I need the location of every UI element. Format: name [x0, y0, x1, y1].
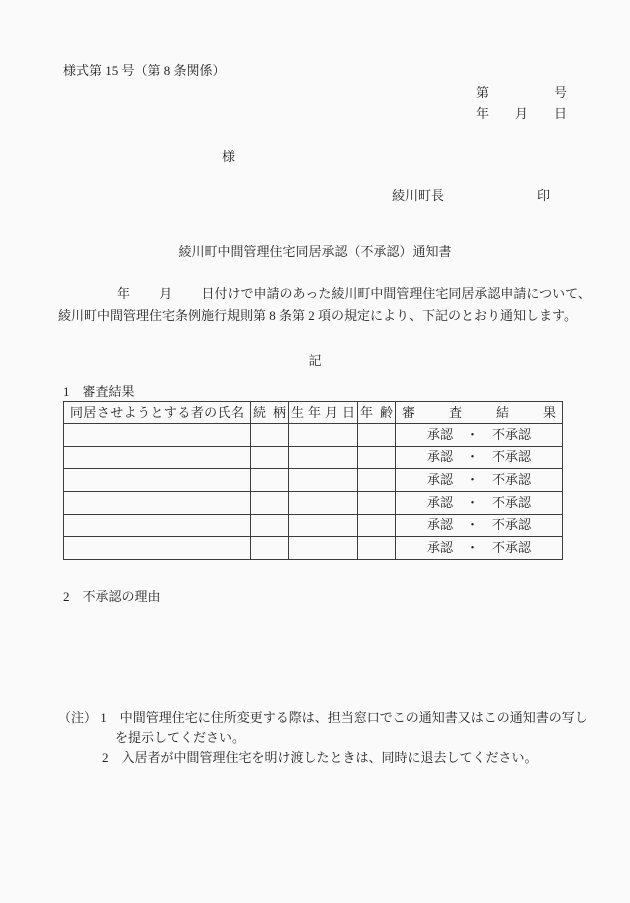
- note-line-3: 2 入居者が中間管理住宅を明け渡したときは、同時に退去してください。: [102, 751, 538, 765]
- note-line-2: を提示してください。: [115, 731, 245, 745]
- table-row: 承認 ・ 不承認: [64, 514, 563, 537]
- blank-cell: [289, 491, 358, 514]
- blank-cell: [289, 446, 358, 469]
- blank-cell: [358, 446, 396, 469]
- blank-cell: [251, 491, 289, 514]
- body-line-1: 年 月 日付けで申請のあった綾川町中間管理住宅同居承認申請について、: [117, 287, 591, 301]
- review-table-body: 承認 ・ 不承認承認 ・ 不承認承認 ・ 不承認承認 ・ 不承認承認 ・ 不承認…: [64, 424, 563, 560]
- result-cell: 承認 ・ 不承認: [396, 469, 563, 492]
- table-row: 承認 ・ 不承認: [64, 537, 563, 560]
- form-number: 様式第 15 号（第 8 条関係）: [63, 64, 226, 78]
- blank-cell: [289, 537, 358, 560]
- header-review-result: 審 査 結 果: [396, 402, 563, 424]
- table-row: 承認 ・ 不承認: [64, 446, 563, 469]
- blank-cell: [289, 469, 358, 492]
- section2-heading: 2 不承認の理由: [63, 590, 161, 604]
- document-title: 綾川町中間管理住宅同居承認（不承認）通知書: [0, 245, 630, 259]
- blank-cell: [64, 446, 251, 469]
- blank-cell: [251, 537, 289, 560]
- result-cell: 承認 ・ 不承認: [396, 537, 563, 560]
- addressee-honorific: 様: [222, 150, 235, 164]
- blank-cell: [64, 514, 251, 537]
- body-line-2: 綾川町中間管理住宅条例施行規則第 8 条第 2 項の規定により、下記のとおり通知…: [58, 309, 577, 323]
- result-cell: 承認 ・ 不承認: [396, 491, 563, 514]
- table-header-row: 同居させようとする者の氏名 続 柄 生 年 月 日 年 齢 審 査 結 果: [64, 402, 563, 424]
- blank-cell: [251, 469, 289, 492]
- note-line-1: （注） 1 中間管理住宅に住所変更する際は、担当窓口でこの通知書又はこの通知書の…: [58, 711, 588, 725]
- blank-cell: [358, 514, 396, 537]
- issue-date-line: 年 月 日: [476, 107, 567, 121]
- table-row: 承認 ・ 不承認: [64, 491, 563, 514]
- table-row: 承認 ・ 不承認: [64, 469, 563, 492]
- blank-cell: [289, 514, 358, 537]
- header-cohabitant-name: 同居させようとする者の氏名: [64, 402, 251, 424]
- seal-mark: 印: [537, 189, 550, 203]
- doc-number-line: 第 号: [476, 86, 567, 100]
- result-cell: 承認 ・ 不承認: [396, 446, 563, 469]
- table-row: 承認 ・ 不承認: [64, 424, 563, 447]
- blank-cell: [251, 446, 289, 469]
- blank-cell: [251, 514, 289, 537]
- blank-cell: [64, 491, 251, 514]
- header-age: 年 齢: [358, 402, 396, 424]
- blank-cell: [64, 424, 251, 447]
- blank-cell: [358, 469, 396, 492]
- header-relationship: 続 柄: [251, 402, 289, 424]
- blank-cell: [64, 537, 251, 560]
- document-page: 様式第 15 号（第 8 条関係） 第 号 年 月 日 様 綾川町長 印 綾川町…: [0, 0, 630, 903]
- sender-title: 綾川町長: [392, 189, 444, 203]
- blank-cell: [358, 491, 396, 514]
- result-cell: 承認 ・ 不承認: [396, 424, 563, 447]
- blank-cell: [251, 424, 289, 447]
- record-marker: 記: [0, 354, 630, 368]
- blank-cell: [64, 469, 251, 492]
- blank-cell: [289, 424, 358, 447]
- blank-cell: [358, 537, 396, 560]
- header-birthdate: 生 年 月 日: [289, 402, 358, 424]
- result-cell: 承認 ・ 不承認: [396, 514, 563, 537]
- blank-cell: [358, 424, 396, 447]
- section1-heading: 1 審査結果: [63, 385, 135, 399]
- review-result-table: 同居させようとする者の氏名 続 柄 生 年 月 日 年 齢 審 査 結 果 承認…: [63, 401, 563, 560]
